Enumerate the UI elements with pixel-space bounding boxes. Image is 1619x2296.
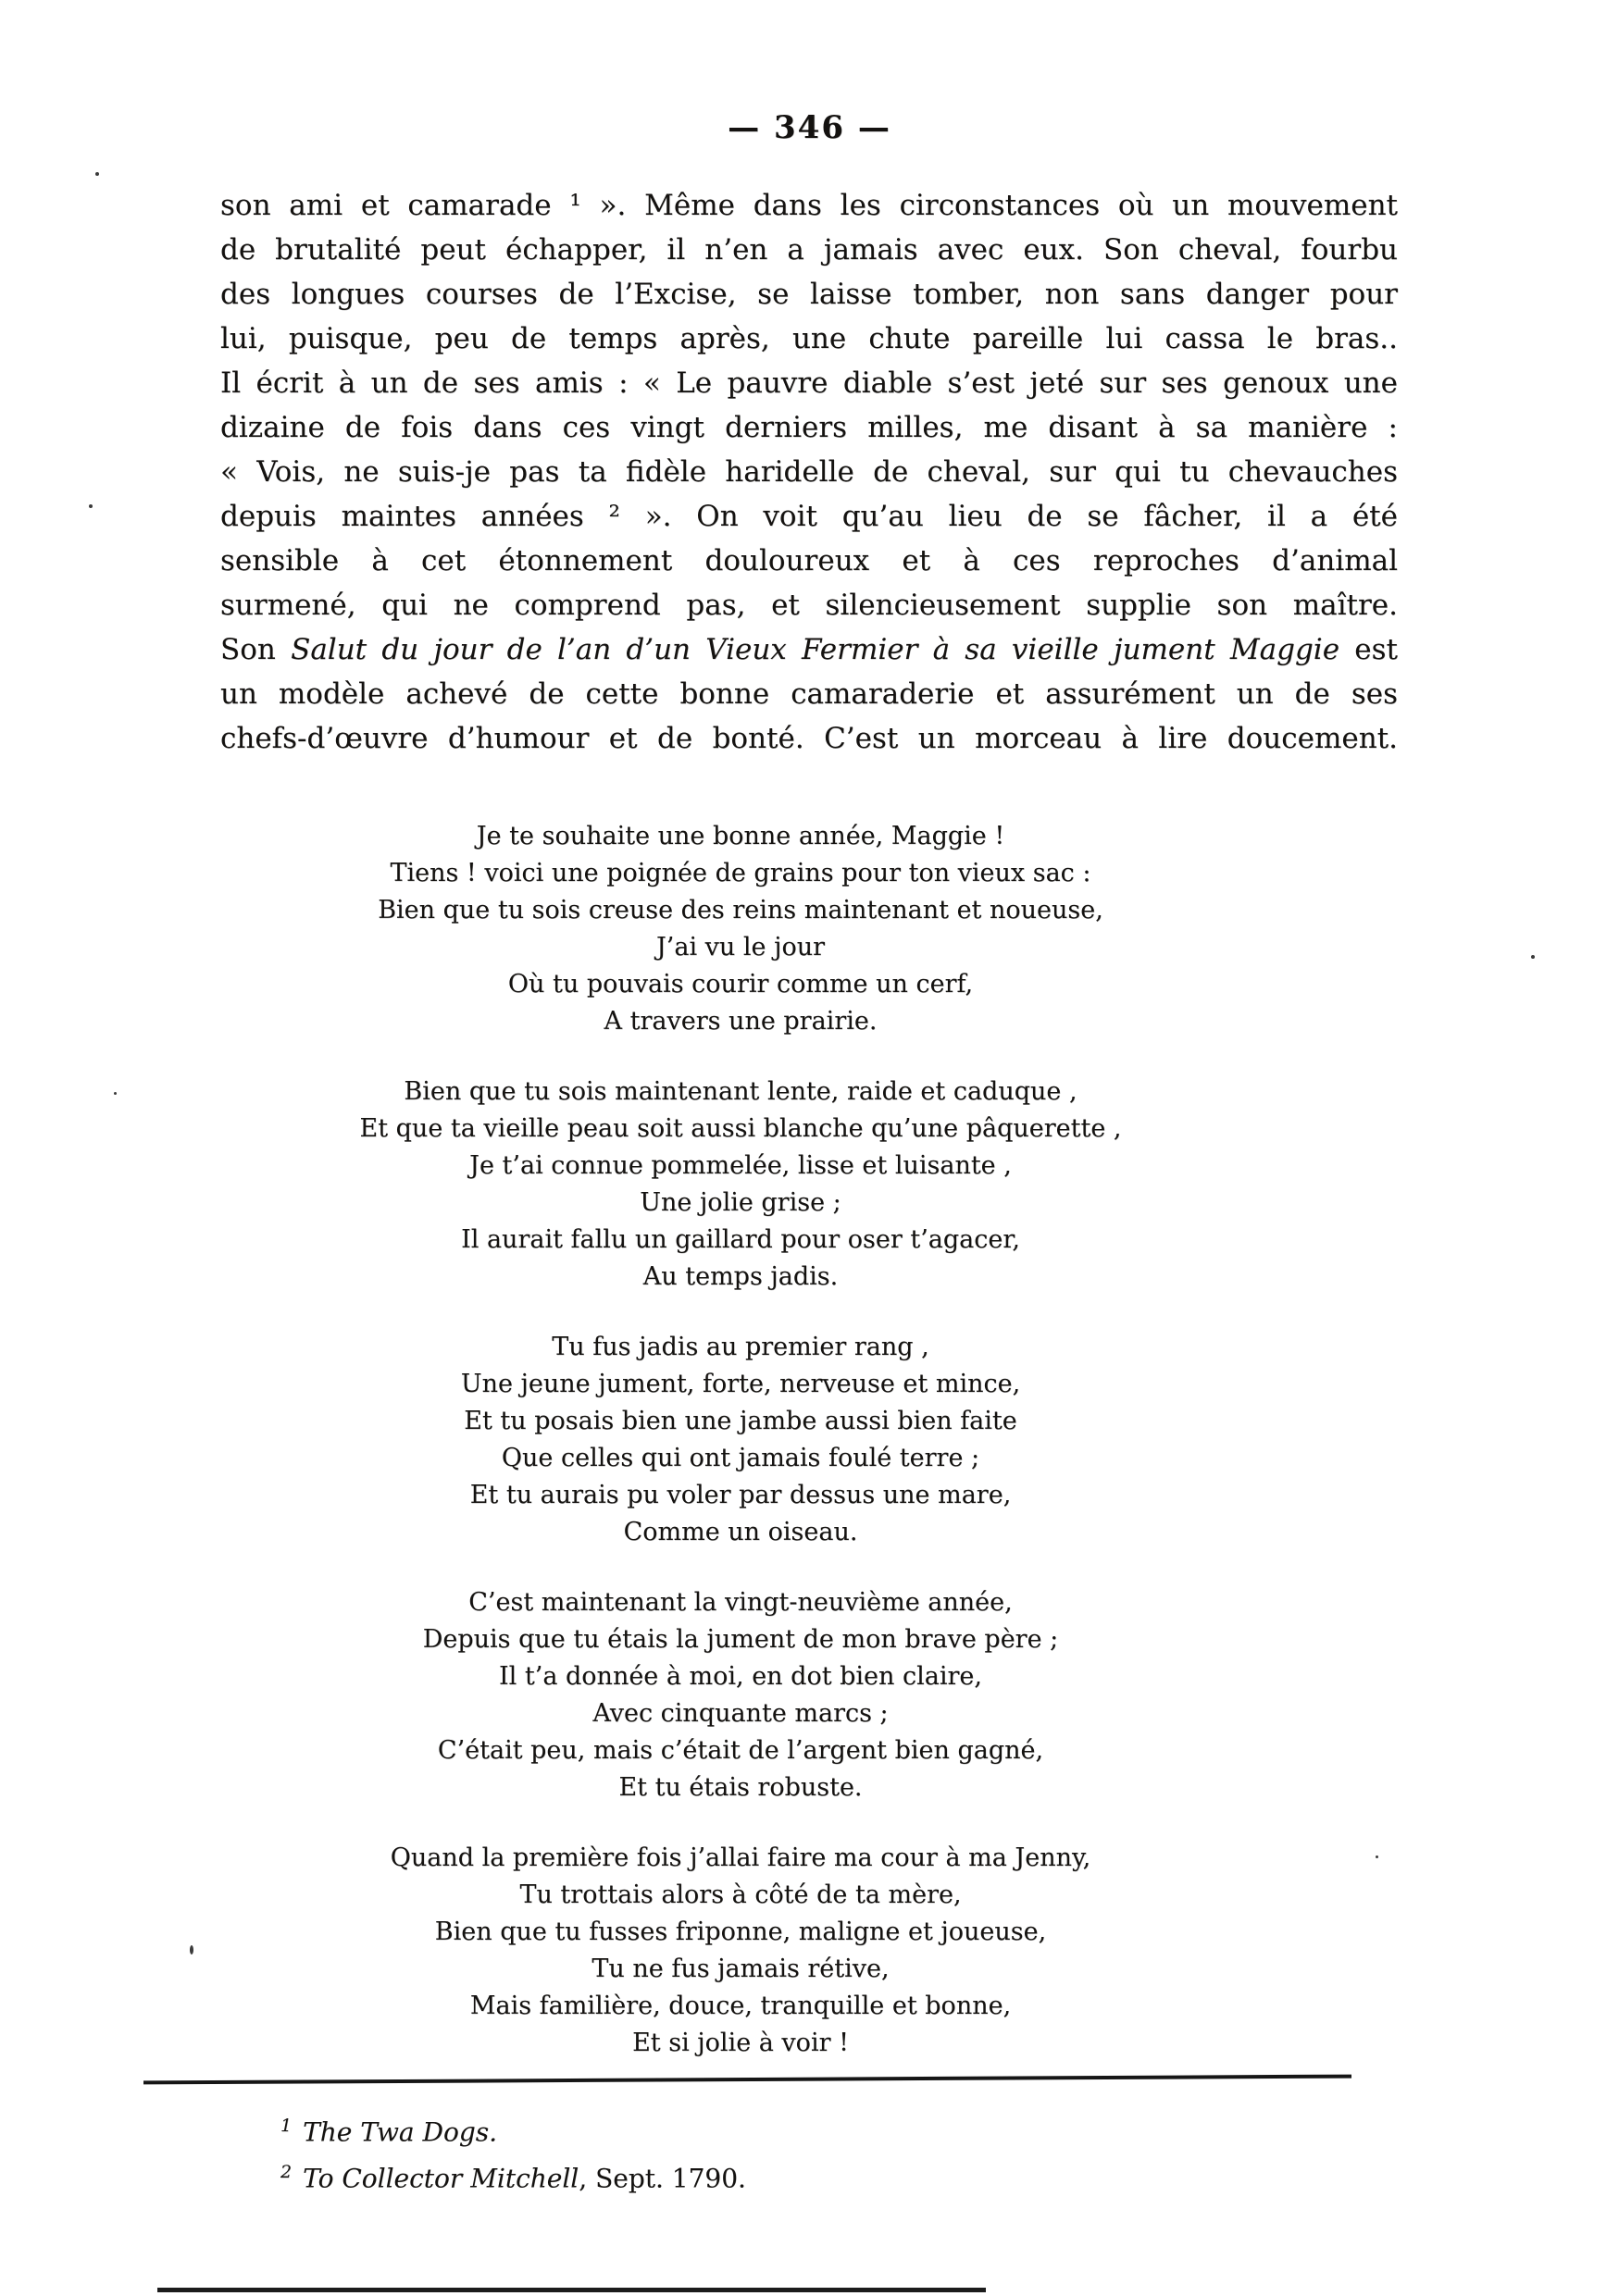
poem-line: Avec cinquante marcs ; — [231, 1695, 1250, 1732]
poem-line: Quand la première fois j’allai faire ma … — [231, 1840, 1250, 1877]
work-title-suffix: est — [1339, 633, 1398, 666]
poem-line: Que celles qui ont jamais foulé terre ; — [231, 1440, 1250, 1477]
scan-speck — [1531, 955, 1535, 959]
prose-line: surmené, qui ne comprend pas, et silenci… — [220, 583, 1398, 627]
scan-speck — [190, 1945, 193, 1955]
page-bottom-edge-line — [157, 2288, 986, 2292]
poem-line: Et si jolie à voir ! — [231, 2025, 1250, 2062]
work-title-prefix: Son — [220, 633, 291, 666]
poem-line: C’était peu, mais c’était de l’argent bi… — [231, 1732, 1250, 1769]
prose-line: sensible à cet étonnement douloureux et … — [220, 539, 1398, 583]
poem-line: Comme un oiseau. — [231, 1514, 1250, 1551]
poem-line: Il aurait fallu un gaillard pour oser t’… — [231, 1222, 1250, 1259]
prose-line: Il écrit à un de ses amis : « Le pauvre … — [220, 361, 1398, 405]
poem-line: Et que ta vieille peau soit aussi blanch… — [231, 1111, 1250, 1148]
footnote-2: 2To Collector Mitchell, Sept. 1790. — [220, 2149, 1398, 2195]
poem-line: Tu trottais alors à côté de ta mère, — [231, 1877, 1250, 1914]
poem-stanza-3: Tu fus jadis au premier rang , Une jeune… — [231, 1329, 1250, 1551]
footnote-1: 1The Twa Dogs. — [220, 2103, 1398, 2149]
poem-line: Bien que tu sois maintenant lente, raide… — [231, 1074, 1250, 1111]
prose-line: chefs-d’œuvre d’humour et de bonté. C’es… — [220, 716, 1398, 761]
poem-line: Bien que tu sois creuse des reins mainte… — [231, 892, 1250, 929]
work-title-italic: Salut du jour de l’an d’un Vieux Fermier… — [291, 633, 1339, 666]
prose-line: depuis maintes années ² ». On voit qu’au… — [220, 494, 1398, 539]
poem-stanza-4: C’est maintenant la vingt-neuvième année… — [231, 1584, 1250, 1806]
footnotes: 1The Twa Dogs. 2To Collector Mitchell, S… — [220, 2103, 1398, 2195]
poem-stanza-5: Quand la première fois j’allai faire ma … — [231, 1840, 1250, 2062]
prose-line: lui, puisque, peu de temps après, une ch… — [220, 316, 1398, 361]
poem-line: Une jolie grise ; — [231, 1185, 1250, 1222]
poem-stanza-2: Bien que tu sois maintenant lente, raide… — [231, 1074, 1250, 1296]
poem-line: Mais familière, douce, tranquille et bon… — [231, 1988, 1250, 2025]
poem-line: Il t’a donnée à moi, en dot bien claire, — [231, 1658, 1250, 1695]
prose-line: dizaine de fois dans ces vingt derniers … — [220, 405, 1398, 450]
scan-speck — [114, 1092, 117, 1095]
poem-line: J’ai vu le jour — [231, 929, 1250, 966]
poem-line: Une jeune jument, forte, nerveuse et min… — [231, 1366, 1250, 1403]
footnote-marker: 1 — [280, 2116, 292, 2136]
poem-line: A travers une prairie. — [231, 1003, 1250, 1040]
prose-line: de brutalité peut échapper, il n’en a ja… — [220, 228, 1398, 272]
footnote-marker: 2 — [280, 2162, 292, 2182]
poem-line: Je t’ai connue pommelée, lisse et luisan… — [231, 1148, 1250, 1185]
poem-line: Depuis que tu étais la jument de mon bra… — [231, 1621, 1250, 1658]
footnote-rest: , Sept. 1790. — [579, 2163, 746, 2193]
poem-line: Tiens ! voici une poignée de grains pour… — [231, 855, 1250, 892]
scan-speck — [89, 504, 93, 508]
poem-line: Tu ne fus jamais rétive, — [231, 1951, 1250, 1988]
prose-line: son ami et camarade ¹ ». Même dans les c… — [220, 183, 1398, 228]
footnote-title: To Collector Mitchell — [303, 2163, 579, 2193]
prose-line: des longues courses de l’Excise, se lais… — [220, 272, 1398, 316]
work-title-line: Son Salut du jour de l’an d’un Vieux Fer… — [220, 627, 1398, 672]
page-number: — 346 — — [0, 109, 1619, 146]
poem-line: Je te souhaite une bonne année, Maggie ! — [231, 818, 1250, 855]
poem-line: Tu fus jadis au premier rang , — [231, 1329, 1250, 1366]
scanned-book-page: — 346 — son ami et camarade ¹ ». Même da… — [0, 0, 1619, 2296]
poem-stanza-1: Je te souhaite une bonne année, Maggie !… — [231, 818, 1250, 1040]
prose-line: « Vois, ne suis-je pas ta fidèle haridel… — [220, 450, 1398, 494]
poem-line: Et tu étais robuste. — [231, 1769, 1250, 1806]
poem-line: C’est maintenant la vingt-neuvième année… — [231, 1584, 1250, 1621]
prose-paragraph: son ami et camarade ¹ ». Même dans les c… — [220, 183, 1398, 761]
poem-line: Et tu posais bien une jambe aussi bien f… — [231, 1403, 1250, 1440]
scan-speck — [1376, 1855, 1378, 1858]
poem-line: Où tu pouvais courir comme un cerf, — [231, 966, 1250, 1003]
scan-speck — [95, 172, 99, 176]
poem-line: Bien que tu fusses friponne, maligne et … — [231, 1914, 1250, 1951]
poem-line: Et tu aurais pu voler par dessus une mar… — [231, 1477, 1250, 1514]
footnote-title: The Twa Dogs. — [303, 2116, 497, 2147]
prose-line: un modèle achevé de cette bonne camarade… — [220, 672, 1398, 716]
poem-line: Au temps jadis. — [231, 1259, 1250, 1296]
poem: Je te souhaite une bonne année, Maggie !… — [231, 818, 1250, 2095]
